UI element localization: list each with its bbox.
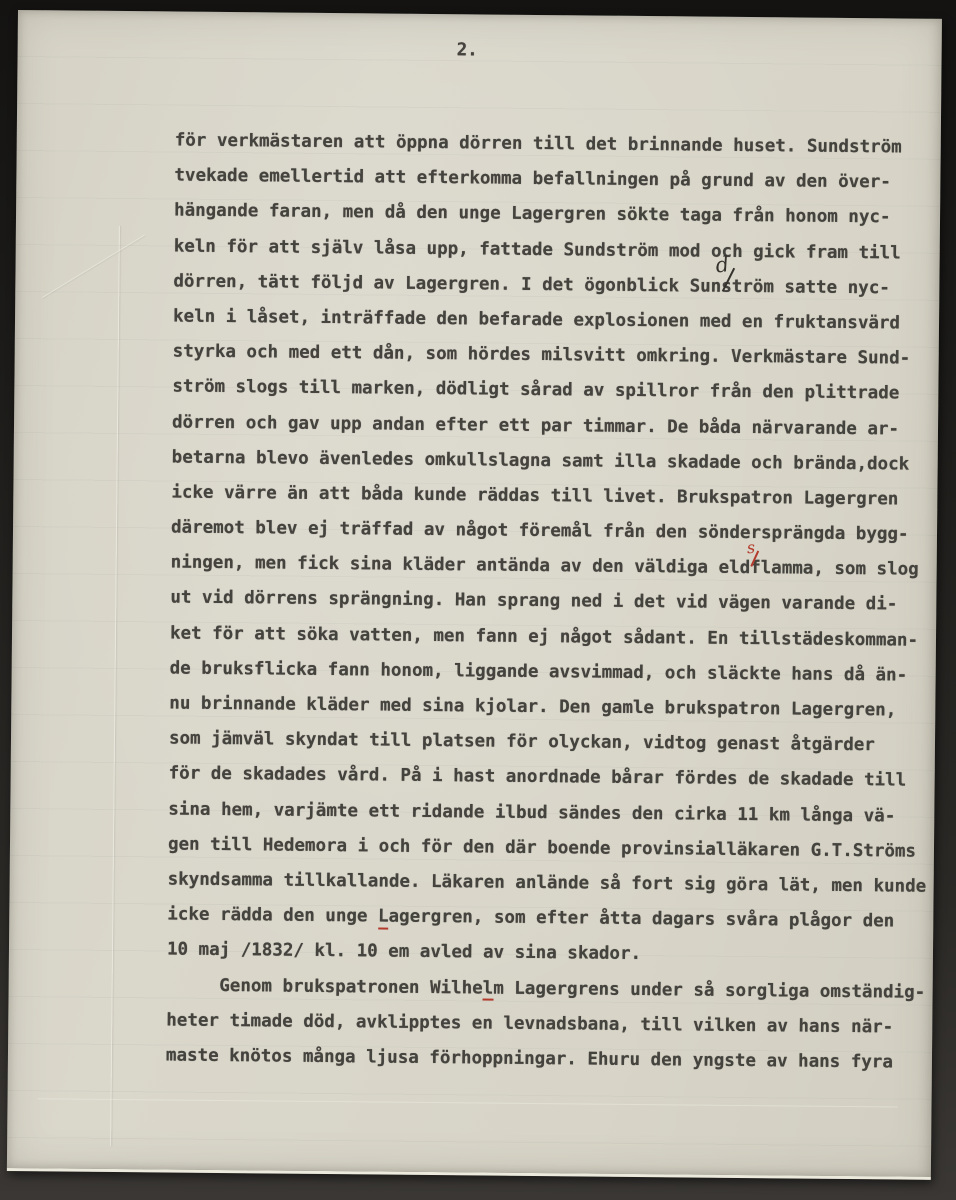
red-underline-wilhelm bbox=[483, 999, 494, 1001]
handwritten-letter: d bbox=[714, 254, 730, 277]
paper-crease-diagonal bbox=[42, 235, 145, 298]
document-page: 2. för verkmästaren att öppna dörren til… bbox=[7, 10, 942, 1180]
paper-crease-horizontal bbox=[38, 1098, 898, 1107]
scan-background: 2. för verkmästaren att öppna dörren til… bbox=[0, 0, 956, 1200]
red-underline-lagergren bbox=[378, 927, 389, 929]
typed-text-block: för verkmästaren att öppna dörren till d… bbox=[166, 124, 955, 1082]
paper-crease-vertical bbox=[110, 226, 120, 1146]
text-line: maste knötos många ljusa förhoppningar. … bbox=[166, 1038, 946, 1081]
handwritten-insertion-d: d bbox=[715, 255, 729, 277]
page-number: 2. bbox=[457, 40, 478, 60]
